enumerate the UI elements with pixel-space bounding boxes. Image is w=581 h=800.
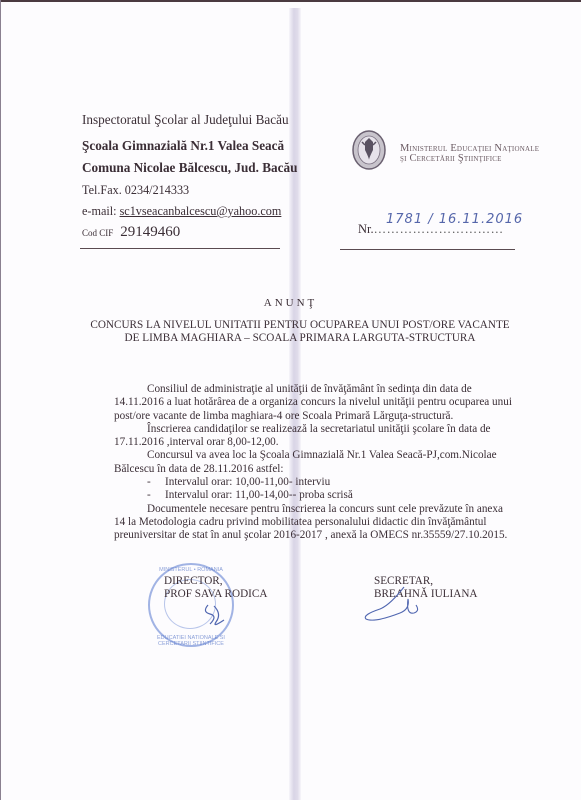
cif-value: 29149460: [120, 224, 180, 240]
subtitle-line-1: CONCURS LA NIVELUL UNITATII PENTRU OCUPA…: [0, 319, 581, 332]
paragraph-contest-location: Concursul va avea loc la Şcoala Gimnazia…: [114, 449, 514, 476]
handwritten-registration: 1781 / 16.11.2016: [386, 212, 523, 227]
email-link[interactable]: sc1vseacanbalcescu@yahoo.com: [120, 204, 282, 218]
secretary-signature-icon: [360, 585, 430, 625]
bullet-dash: -: [147, 489, 165, 502]
email-label: e-mail:: [82, 204, 120, 218]
paragraph-registration: Înscrierea candidaţilor se realizează la…: [114, 423, 514, 450]
director-title: DIRECTOR,: [164, 575, 267, 588]
cif-label: Cod CIF: [82, 228, 113, 238]
email-line: e-mail: sc1vseacanbalcescu@yahoo.com: [82, 204, 281, 219]
romanian-coat-of-arms-seal-icon: [352, 130, 386, 170]
registration-label: Nr.: [358, 222, 374, 236]
school-name: Şcoala Gimnazială Nr.1 Valea Seacă: [82, 138, 284, 154]
announcement-title: ANUNŢ: [0, 297, 581, 309]
header-divider-right: [340, 249, 515, 250]
ministry-line-2: şi Cercetării Ştiinţifice: [400, 154, 539, 164]
scanned-document-page: Inspectoratul Şcolar al Judeţului Bacău …: [0, 0, 581, 800]
director-signature-icon: [200, 600, 230, 630]
paragraph-council-decision: Consiliul de administraţie al unităţii d…: [114, 383, 514, 423]
commune-address: Comuna Nicolae Bălcescu, Jud. Bacău: [82, 160, 297, 176]
announcement-body: Consiliul de administraţie al unităţii d…: [114, 383, 514, 543]
paragraph-documents: Documentele necesare pentru înscrierea l…: [114, 503, 514, 543]
bullet-dash: -: [147, 476, 165, 489]
phone-fax: Tel.Fax. 0234/214333: [82, 183, 189, 198]
seal-bottom-text: EDUCATIEI NATIONALE SI CERCETARII STIINT…: [150, 635, 232, 647]
announcement-subtitle: CONCURS LA NIVELUL UNITATII PENTRU OCUPA…: [0, 319, 581, 345]
scan-top-border: [0, 0, 581, 2]
schedule-item: -Intervalul orar: 11,00-14,00-- proba sc…: [114, 489, 514, 502]
ministry-name: Ministerul Educaţiei Naţionale şi Cercet…: [400, 144, 539, 164]
scan-left-edge: [0, 0, 1, 800]
director-signature-block: DIRECTOR, PROF SAVA RODICA: [164, 575, 267, 601]
seal-top-text: MINISTERUL • ROMANIA: [150, 567, 232, 573]
subtitle-line-2: DE LIMBA MAGHIARA – SCOALA PRIMARA LARGU…: [0, 332, 581, 345]
schedule-item: -Intervalul orar: 10,00-11,00- interviu: [114, 476, 514, 489]
header-divider-left: [80, 248, 280, 249]
cif-line: Cod CIF 29149460: [82, 224, 180, 241]
inspectorat-name: Inspectoratul Şcolar al Judeţului Bacău: [82, 112, 289, 128]
